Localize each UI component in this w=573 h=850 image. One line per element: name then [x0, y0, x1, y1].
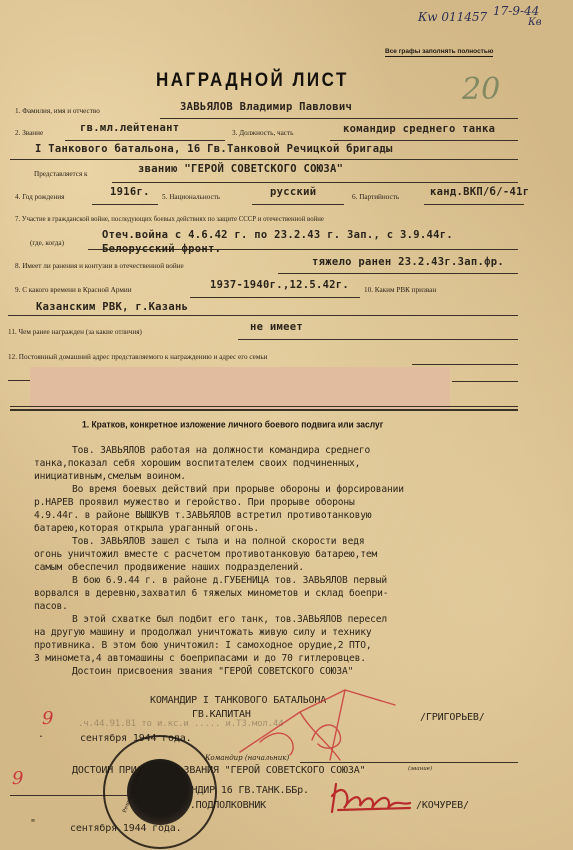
- red-pencil-marks: [0, 0, 573, 850]
